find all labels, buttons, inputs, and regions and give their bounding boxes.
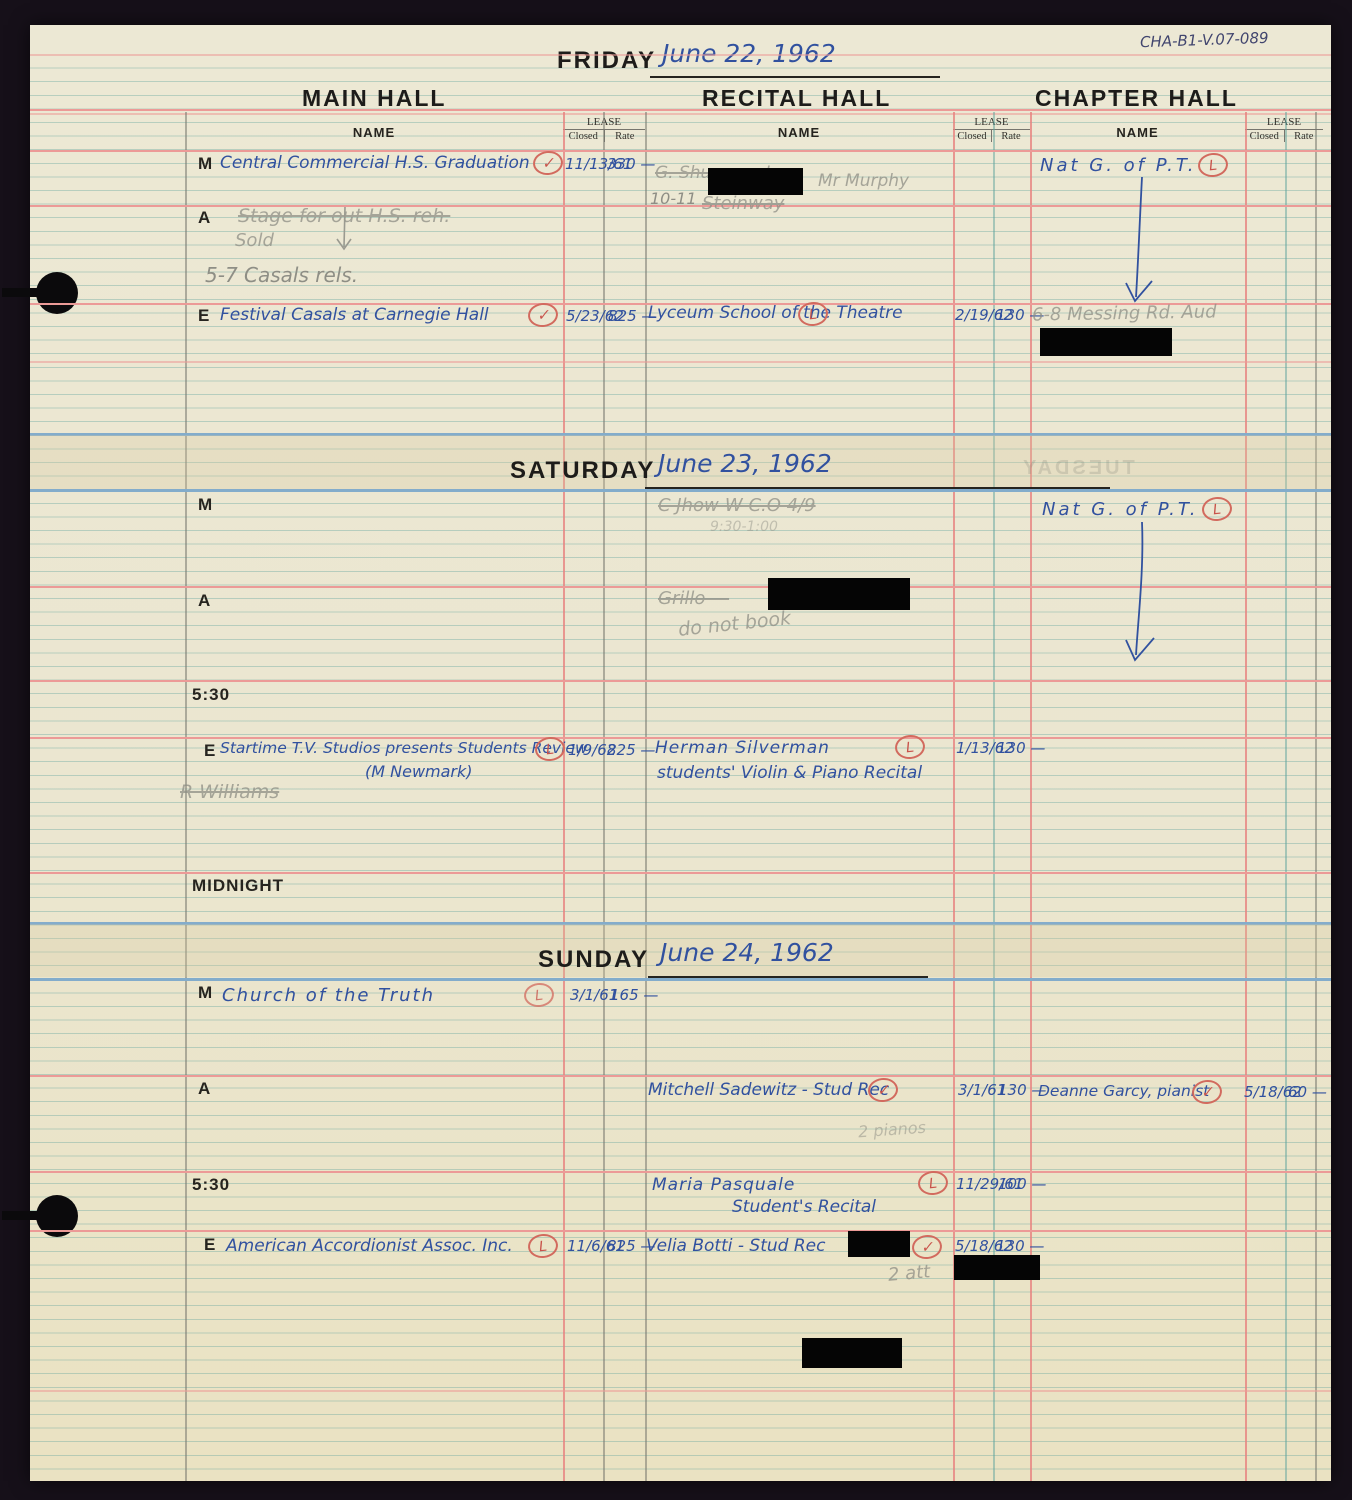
recital-name-header: NAME [645,125,953,140]
entry-friday-main-m: Central Commercial H.S. Graduation [220,153,530,173]
entry-friday-recital-m-time: 10-11 [650,189,697,208]
rate-saturday-main-e: 825 — [607,741,655,759]
redaction-friday-chapter-e [1040,328,1172,356]
redaction-bottom [802,1338,902,1368]
saturday-row-530: 5:30 [192,685,230,705]
sunday-date: June 24, 1962 [660,938,834,967]
ledger-page: CHA-B1-V.07-089 FRIDAY June 22, 1962 MAI… [30,25,1331,1481]
pencil-arrow-friday [330,205,360,260]
entry-friday-chapter-e: 6-8 Messing Rd. Aud [1032,301,1217,325]
entry-sunday-main-m: Church of the Truth [222,985,435,1006]
entry-saturday-main-e-crossed: R Williams [180,781,279,803]
friday-row-a: A [198,208,211,228]
page-code: CHA-B1-V.07-089 [1140,29,1269,51]
saturday-row-a: A [198,591,211,611]
entry-sunday-recital-e-note: 2 att [887,1261,931,1286]
rate-sunday-main-m: 165 — [610,986,658,1004]
main-hall-title: MAIN HALL [302,85,446,112]
chapter-lease-header: LEASE ClosedRate [1245,115,1323,142]
lease-mark-sunday-recital-e: ✓ [911,1233,943,1260]
entry-saturday-recital-m-crossed: C Jhow-W C.O 4/9 [658,495,816,516]
sunday-row-e: E [204,1235,216,1255]
lease-mark-sunday-main-e: L [527,1232,559,1259]
lease-mark-saturday-chapter-m: L [1201,495,1233,522]
entry-sunday-recital-a-note: 2 pianos [857,1118,926,1142]
ink-arrow-friday-chapter [1120,175,1160,315]
entry-sunday-recital-e: Velia Botti - Stud Rec [646,1236,825,1256]
rate-sunday-recital-530: 100 — [998,1175,1046,1193]
saturday-row-midnight: MIDNIGHT [192,876,284,896]
saturday-label: SATURDAY [510,457,655,485]
friday-date-underline [650,76,940,78]
entry-sunday-main-e: American Accordionist Assoc. Inc. [226,1236,513,1256]
ink-arrow-saturday-chapter [1120,520,1160,675]
entry-saturday-recital-m-time: 9:30-1:00 [710,519,778,535]
entry-sunday-chapter-a: Deanne Garcy, pianist [1038,1082,1209,1100]
entry-friday-recital-e: Lyceum School of the Theatre [648,303,903,323]
entry-friday-main-a-note: 5-7 Casals rels. [205,263,358,287]
saturday-row-e: E [204,741,216,761]
rate-saturday-recital-e: 130 — [997,739,1045,757]
sunday-row-m: M [198,983,213,1003]
entry-friday-main-a-sold: Sold [235,230,274,251]
rate-sunday-recital-e: 130 — [996,1237,1044,1255]
entry-saturday-chapter-m: Nat G. of P.T. [1042,499,1198,520]
bleed-through-text: TUESDAY [1020,457,1135,480]
lease-mark-friday-main-m: ✓ [532,149,564,176]
redaction-sunday-recital-e2 [954,1255,1040,1280]
redaction-friday-recital-m [708,168,803,195]
sunday-label: SUNDAY [538,946,649,974]
redaction-saturday-recital-a [768,578,910,610]
entry-saturday-recital-a-crossed: Grillo — [658,588,729,609]
sunday-row-530: 5:30 [192,1175,230,1195]
entry-sunday-recital-530-1: Maria Pasquale [652,1175,795,1195]
entry-friday-chapter-m: Nat G. of P.T. [1040,155,1196,176]
lease-mark-sunday-main-m: L [523,981,555,1008]
entry-saturday-main-e-sub: (M Newmark) [365,762,473,781]
entry-saturday-recital-a-note: do not book [677,607,792,641]
chapter-name-header: NAME [1030,125,1245,140]
lease-mark-friday-chapter-m: L [1197,151,1229,178]
friday-label: FRIDAY [557,47,656,75]
lease-mark-sunday-recital-530: L [917,1169,949,1196]
entry-friday-recital-m-piano: Steinway [702,193,784,214]
entry-sunday-recital-530-2: Student's Recital [732,1197,876,1217]
punch-hole-top [36,272,78,314]
friday-row-e: E [198,306,210,326]
entry-friday-recital-m-agent: Mr Murphy [818,171,909,191]
friday-row-m: M [198,154,213,174]
recital-lease-header: LEASE ClosedRate [953,115,1030,142]
entry-saturday-recital-e2: students' Violin & Piano Recital [657,763,922,783]
saturday-row-m: M [198,495,213,515]
entry-sunday-recital-a: Mitchell Sadewitz - Stud Rec [648,1080,889,1100]
recital-hall-title: RECITAL HALL [702,85,891,112]
redaction-sunday-recital-e1 [848,1231,910,1257]
chapter-hall-title: CHAPTER HALL [1035,85,1238,112]
main-name-header: NAME [185,125,563,140]
sunday-row-a: A [198,1079,211,1099]
lease-mark-friday-main-e: ✓ [527,301,559,328]
saturday-date: June 23, 1962 [658,449,832,478]
rate-sunday-chapter-a: 60 — [1288,1083,1327,1101]
entry-saturday-recital-e1: Herman Silverman [655,738,830,758]
entry-saturday-main-e: Startime T.V. Studios presents Students … [220,739,588,757]
entry-friday-main-e: Festival Casals at Carnegie Hall [220,305,489,325]
rate-friday-main-m: 330 — [607,155,655,173]
